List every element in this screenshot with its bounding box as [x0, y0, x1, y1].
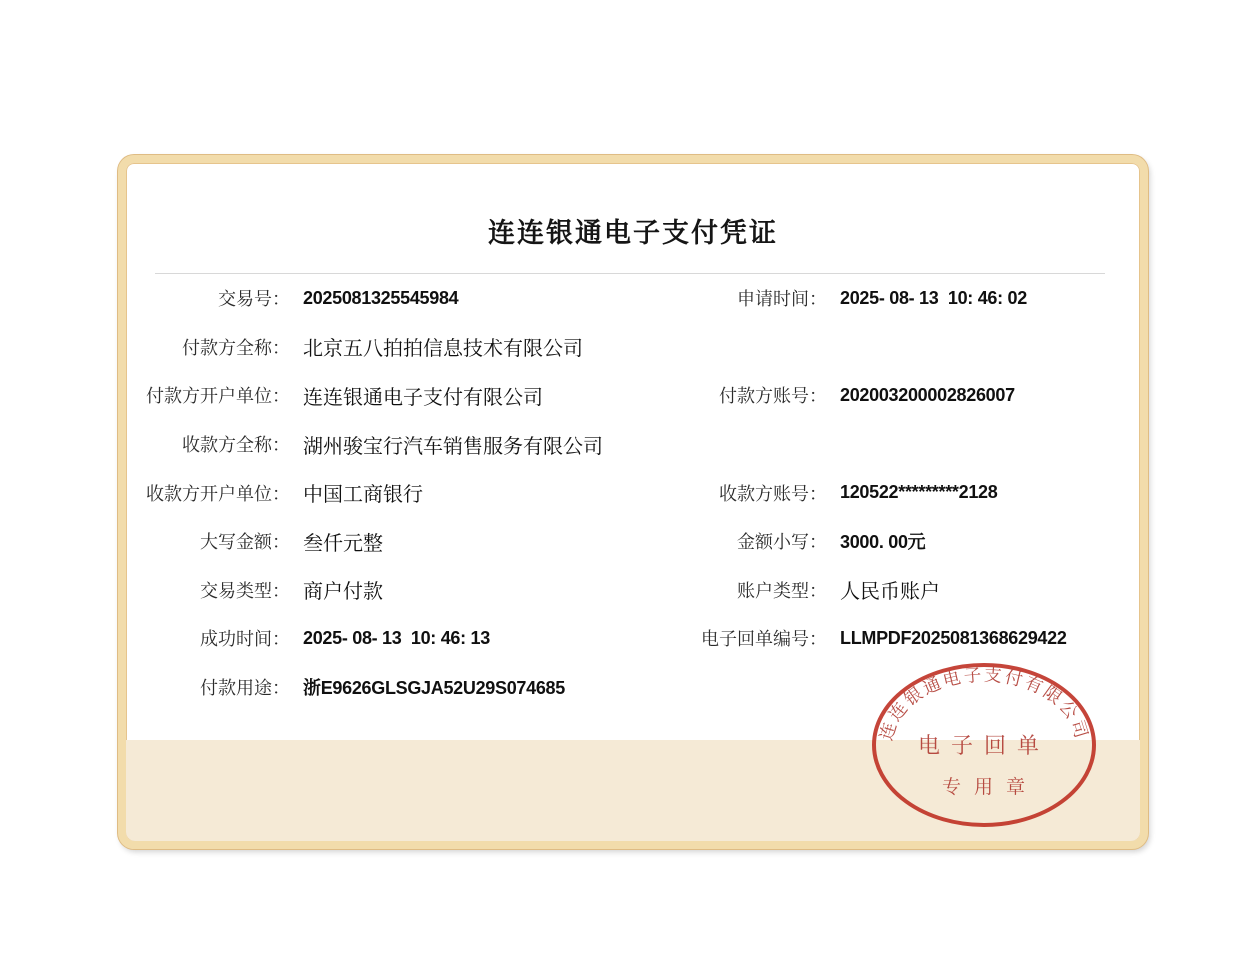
- payee-account-value: 120522*********2128: [840, 482, 1140, 503]
- voucher-fields: 交易号： 2025081325545984 申请时间： 2025- 08- 13…: [126, 274, 1140, 711]
- amount-figures-label: 金额小写：: [666, 528, 827, 554]
- amount-words-label: 大写金额：: [126, 528, 290, 554]
- payment-purpose-value: 浙E9626GLSGJA52U29S074685: [303, 674, 653, 700]
- amount-figures-value: 3000. 00元: [840, 528, 1140, 554]
- svg-text:连连银通电子支付有限公司: 连连银通电子支付有限公司: [876, 665, 1092, 743]
- success-time-label: 成功时间：: [126, 625, 290, 651]
- payee-bank-value: 中国工商银行: [303, 478, 653, 507]
- payer-name-label: 付款方全称：: [126, 334, 290, 360]
- stamp-line2: 专用章: [942, 776, 1038, 798]
- payment-purpose-label: 付款用途：: [126, 674, 290, 700]
- voucher-title: 连连银通电子支付凭证: [126, 211, 1140, 250]
- amount-words-value: 叁仟元整: [303, 527, 653, 556]
- transaction-id-value: 2025081325545984: [303, 288, 653, 309]
- receipt-number-label: 电子回单编号：: [666, 625, 827, 651]
- payee-account-label: 收款方账号：: [666, 480, 827, 506]
- account-type-label: 账户类型：: [666, 577, 827, 603]
- apply-time-value: 2025- 08- 13 10: 46: 02: [840, 288, 1140, 309]
- payee-name-label: 收款方全称：: [126, 431, 290, 457]
- payee-bank-label: 收款方开户单位：: [126, 480, 290, 506]
- payer-name-value: 北京五八拍拍信息技术有限公司: [303, 332, 653, 361]
- payer-bank-label: 付款方开户单位：: [126, 382, 290, 408]
- account-type-value: 人民币账户: [840, 575, 1140, 604]
- payment-voucher-card: 连连银通电子支付凭证 交易号： 2025081325545984 申请时间： 2…: [118, 155, 1148, 849]
- electronic-receipt-stamp-icon: 连连银通电子支付有限公司 电子回单 专用章: [864, 650, 1104, 840]
- payer-bank-value: 连连银通电子支付有限公司: [303, 381, 653, 410]
- success-time-value: 2025- 08- 13 10: 46: 13: [303, 628, 653, 649]
- receipt-number-value: LLMPDF2025081368629422: [840, 628, 1140, 649]
- apply-time-label: 申请时间：: [666, 285, 827, 311]
- payer-account-value: 202003200002826007: [840, 385, 1140, 406]
- stamp-company-arc-text: 连连银通电子支付有限公司: [876, 665, 1092, 743]
- transaction-id-label: 交易号：: [126, 285, 290, 311]
- payee-name-value: 湖州骏宝行汽车销售服务有限公司: [303, 430, 653, 459]
- payer-account-label: 付款方账号：: [666, 382, 827, 408]
- stamp-line1: 电子回单: [918, 733, 1050, 758]
- transaction-type-value: 商户付款: [303, 575, 653, 604]
- transaction-type-label: 交易类型：: [126, 577, 290, 603]
